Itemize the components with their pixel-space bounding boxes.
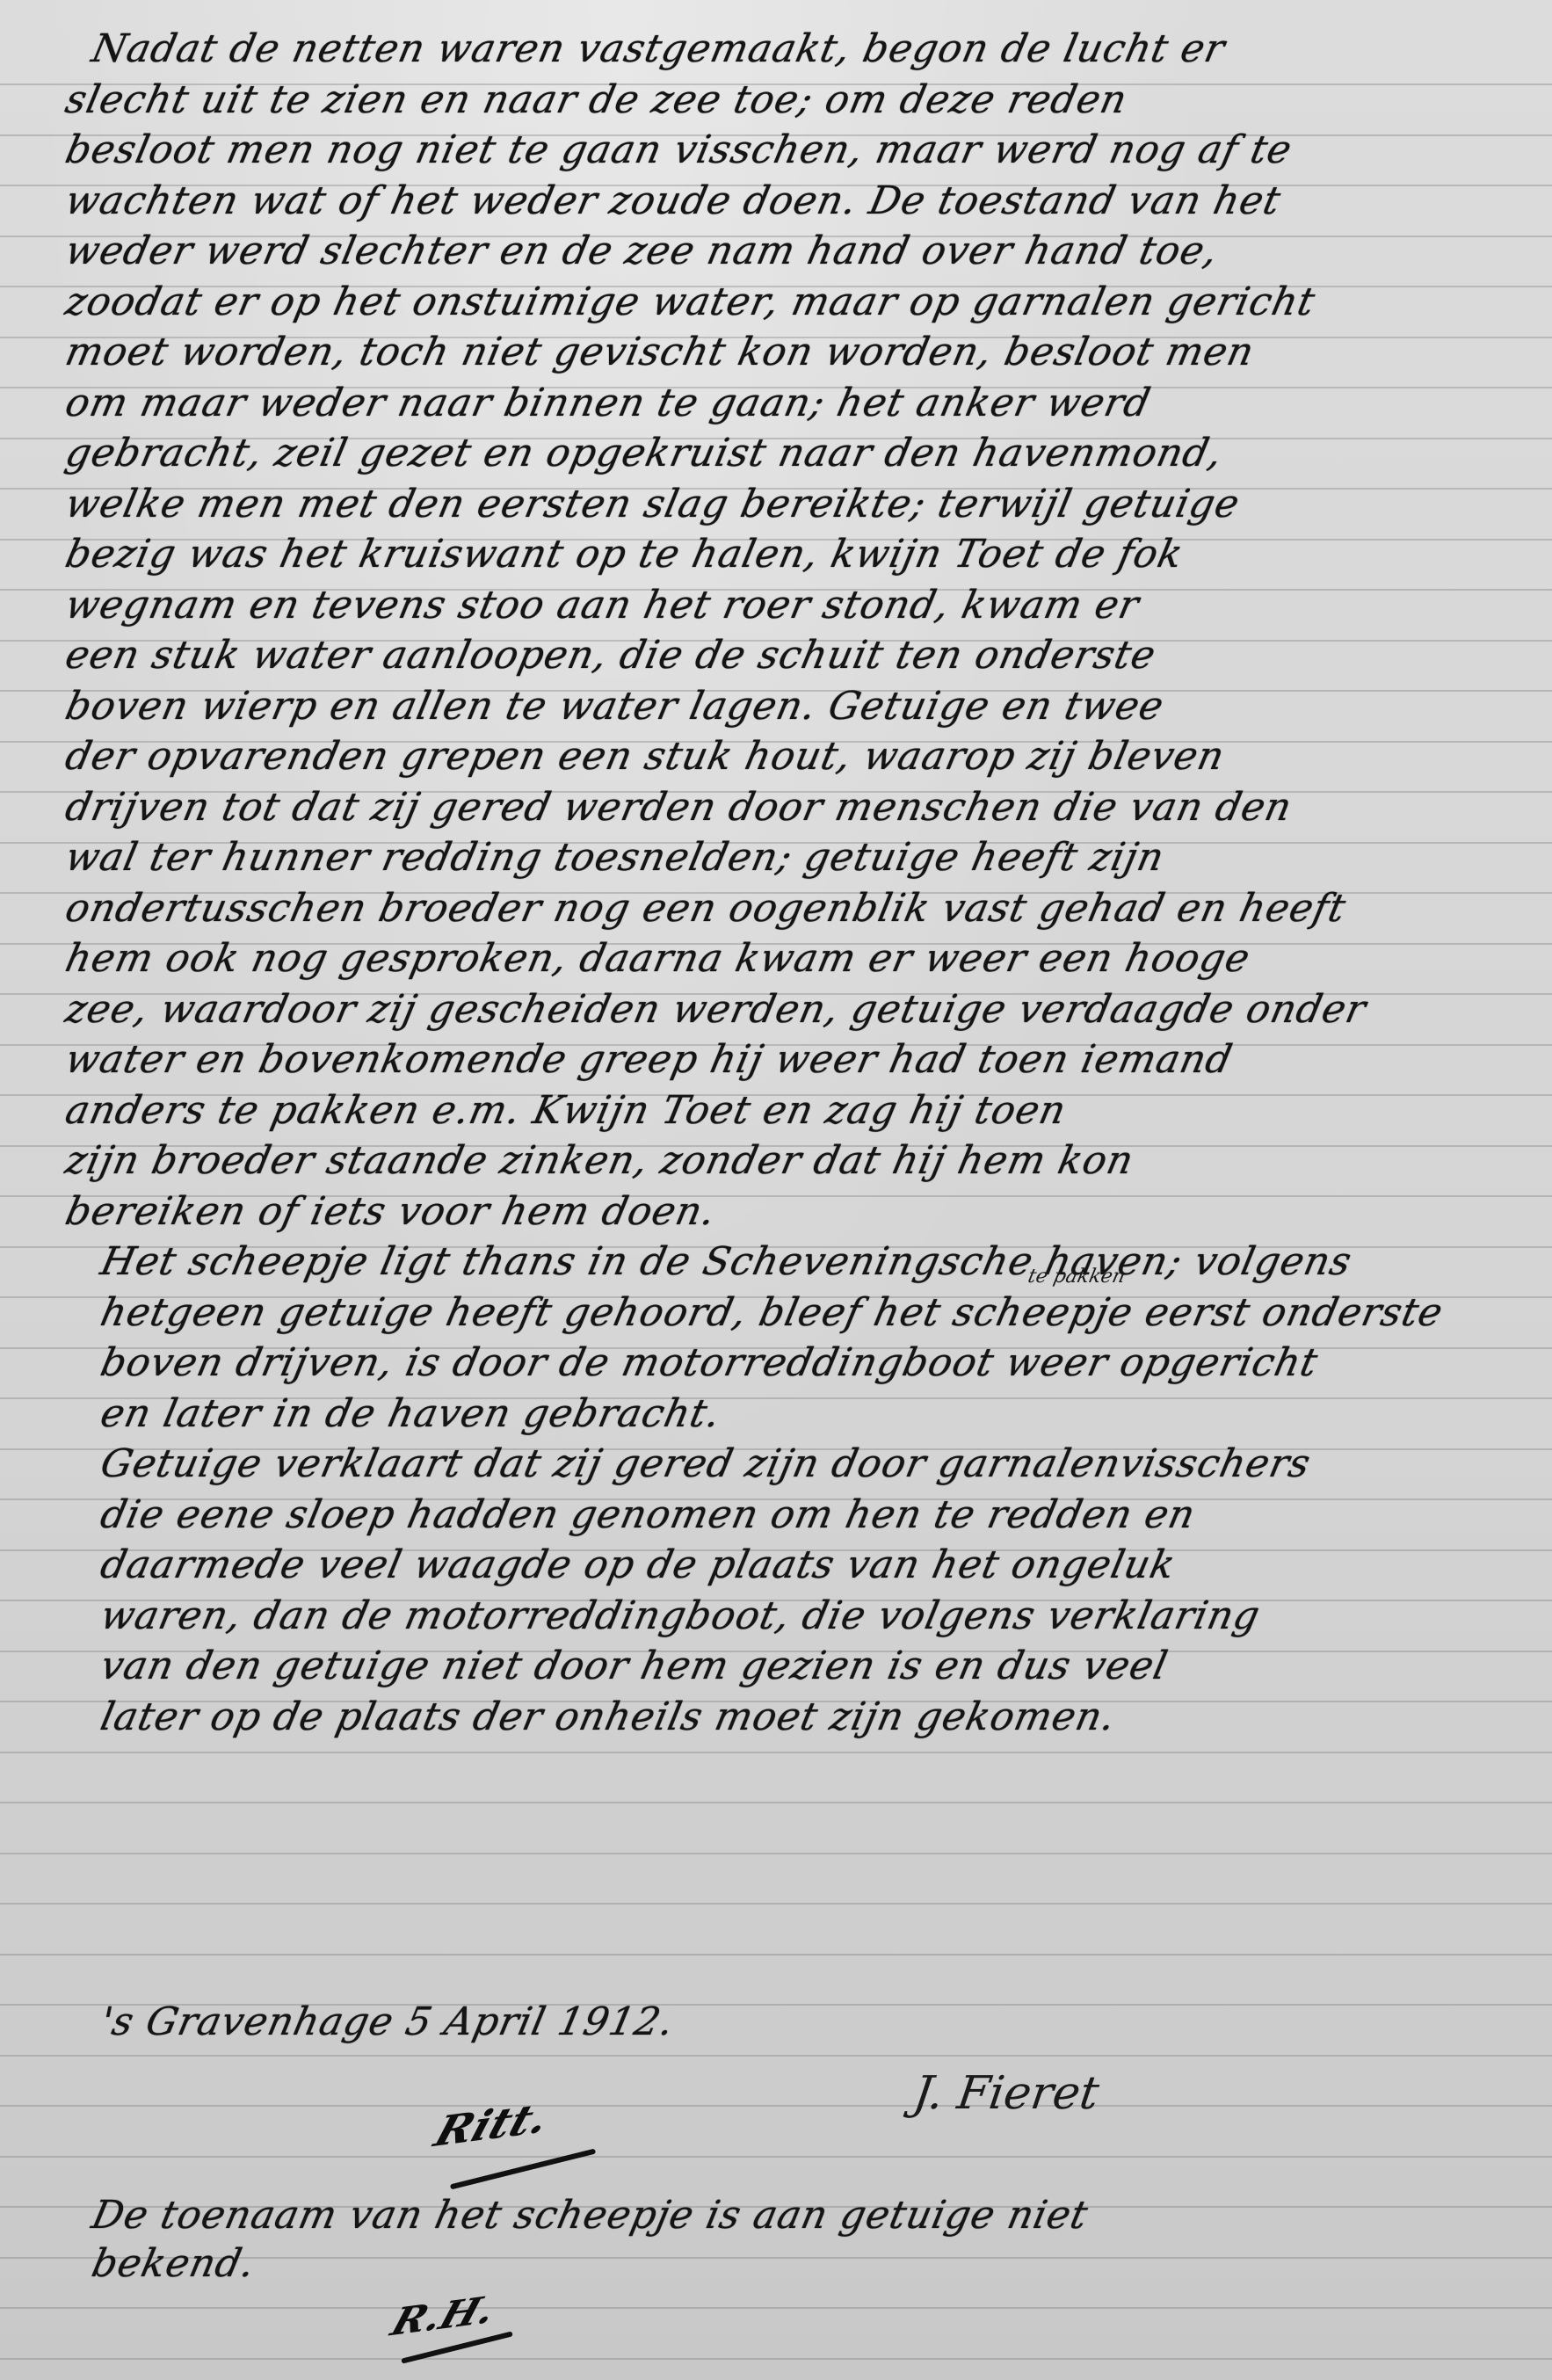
ruled-line <box>0 1802 1552 1803</box>
postscript-line-1: De toenaam van het scheepje is aan getui… <box>88 2193 1539 2238</box>
text-line: wal ter hunner redding toesnelden; getui… <box>62 835 1512 880</box>
text-line: Getuige verklaart dat zij gered zijn doo… <box>97 1441 1548 1486</box>
text-line: om maar weder naar binnen te gaan; het a… <box>62 381 1512 425</box>
text-line: Het scheepje ligt thans in de Schevening… <box>97 1239 1548 1284</box>
text-line: wegnam en tevens stoo aan het roer stond… <box>62 583 1512 628</box>
text-line: water en bovenkomende greep hij weer had… <box>62 1037 1512 1082</box>
text-line: slecht uit te zien en naar de zee toe; o… <box>62 77 1512 122</box>
ruled-line <box>0 1853 1552 1854</box>
text-line: boven wierp en allen te water lagen. Get… <box>62 684 1512 729</box>
text-line: bereiken of iets voor hem doen. <box>62 1189 1512 1234</box>
text-line: een stuk water aanloopen, die de schuit … <box>62 633 1512 678</box>
text-line: en later in de haven gebracht. <box>97 1391 1548 1436</box>
text-line: Nadat de netten waren vastgemaakt, begon… <box>88 26 1539 71</box>
signature-fieret: J. Fieret <box>910 2067 1102 2120</box>
text-line: hem ook nog gesproken, daarna kwam er we… <box>62 936 1512 981</box>
text-line: welke men met den eersten slag bereikte;… <box>62 482 1512 526</box>
text-line: hetgeen getuige heeft gehoord, bleef het… <box>97 1290 1548 1335</box>
text-line: drijven tot dat zij gered werden door me… <box>62 785 1512 830</box>
text-line: ondertusschen broeder nog een oogenblik … <box>62 886 1512 931</box>
text-line: waren, dan de motorreddingboot, die volg… <box>97 1593 1548 1638</box>
text-line: der opvarenden grepen een stuk hout, waa… <box>62 734 1512 779</box>
ruled-line <box>0 2358 1552 2360</box>
text-line: anders te pakken e.m. Kwijn Toet en zag … <box>62 1088 1512 1133</box>
text-line: wachten wat of het weder zoude doen. De … <box>62 178 1512 223</box>
ruled-line <box>0 1752 1552 1753</box>
place-date: 's Gravenhage 5 April 1912. <box>97 1999 1548 2044</box>
ruled-line <box>0 2156 1552 2158</box>
ruled-line <box>0 2105 1552 2107</box>
postscript-line-2: bekend. <box>88 2241 1539 2286</box>
text-line: bezig was het kruiswant op te halen, kwi… <box>62 532 1512 577</box>
interlinear-insertion: te pakken <box>1026 1266 1127 1288</box>
text-line: daarmede veel waagde op de plaats van he… <box>97 1542 1548 1587</box>
text-line: weder werd slechter en de zee nam hand o… <box>62 229 1512 273</box>
ruled-line <box>0 1903 1552 1905</box>
ruled-line <box>0 2307 1552 2309</box>
text-line: zijn broeder staande zinken, zonder dat … <box>62 1138 1512 1183</box>
ruled-line <box>0 1954 1552 1956</box>
text-line: besloot men nog niet te gaan visschen, m… <box>62 127 1512 172</box>
text-line: gebracht, zeil gezet en opgekruist naar … <box>62 431 1512 475</box>
text-line: moet worden, toch niet gevischt kon word… <box>62 330 1512 374</box>
ruled-line <box>0 2055 1552 2057</box>
text-line: zoodat er op het onstuimige water, maar … <box>62 279 1512 324</box>
text-line: die eene sloep hadden genomen om hen te … <box>97 1492 1548 1537</box>
text-line: later op de plaats der onheils moet zijn… <box>97 1694 1548 1739</box>
text-line: van den getuige niet door hem gezien is … <box>97 1644 1548 1688</box>
text-line: boven drijven, is door de motorreddingbo… <box>97 1340 1548 1385</box>
text-line: zee, waardoor zij gescheiden werden, get… <box>62 987 1512 1032</box>
